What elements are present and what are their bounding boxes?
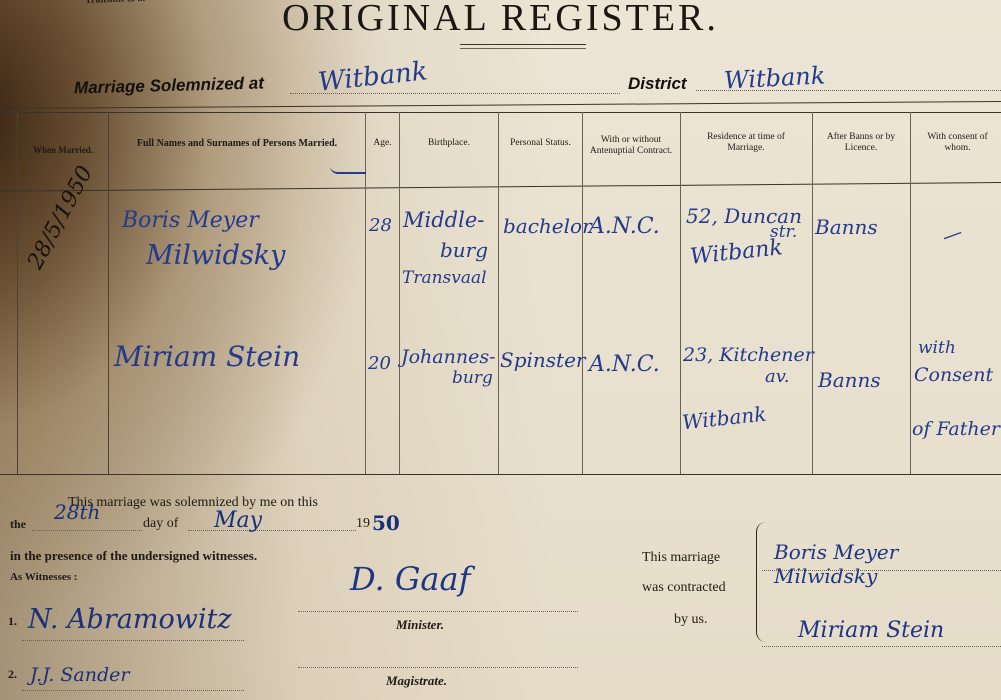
- row2-name-line1: Miriam Stein: [114, 340, 300, 373]
- row2-banns: Banns: [818, 368, 881, 392]
- row1-birthplace-line2: burg: [440, 238, 488, 262]
- header-when-married: When Married.: [18, 130, 108, 170]
- row1-birthplace-line1: Middle-: [403, 208, 484, 232]
- row1-age: 28: [369, 215, 392, 236]
- magistrate-label: Magistrate.: [386, 673, 447, 689]
- title-underline-second: [460, 48, 586, 49]
- col-line-6: [680, 112, 681, 474]
- year-suffix: 50: [372, 511, 400, 535]
- district-value: Witbank: [723, 61, 826, 94]
- header-banns-licence: After Banns or by Licence.: [818, 126, 904, 160]
- witness-2-signature: J.J. Sander: [30, 664, 129, 686]
- magistrate-dotline: [298, 667, 578, 668]
- col-line-3: [399, 112, 400, 474]
- witness-1-signature: N. Abramowitz: [28, 604, 232, 635]
- row2-residence-line2: av.: [765, 366, 790, 387]
- contracted-line1: This marriage: [642, 550, 720, 566]
- row2-contract: A.N.C.: [589, 352, 660, 377]
- row1-name-line1: Boris Meyer: [122, 208, 259, 233]
- col-line-1: [108, 112, 109, 474]
- the-label: the: [10, 517, 26, 532]
- minister-label: Minister.: [396, 617, 444, 633]
- district-label: District: [628, 74, 687, 94]
- witness-1-dotline: [22, 640, 244, 641]
- header-birthplace: Birthplace.: [400, 128, 498, 158]
- minister-dotline: [298, 611, 578, 612]
- row1-status: bachelor: [503, 214, 592, 238]
- contracted-line3: by us.: [674, 612, 707, 628]
- pen-mark: [330, 166, 366, 174]
- row2-birthplace-line1: Johannes-: [401, 346, 496, 368]
- witness-2-dotline: [22, 690, 244, 691]
- year-prefix: 19: [356, 516, 370, 532]
- presence-text: in the presence of the undersigned witne…: [10, 548, 257, 564]
- col-line-8: [910, 112, 911, 474]
- solemnized-sentence: This marriage was solemnized by me on th…: [68, 495, 318, 511]
- row2-birthplace-line2: burg: [452, 368, 493, 388]
- header-residence: Residence at time of Marriage.: [692, 126, 800, 160]
- groom-signature: Boris Meyer Milwidsky: [774, 540, 1001, 588]
- header-age: Age.: [366, 128, 399, 158]
- row1-name-line2: Milwidsky: [146, 240, 285, 271]
- row1-birthplace-line3: Transvaal: [402, 268, 487, 288]
- witnesses-label: As Witnesses :: [10, 571, 77, 583]
- row2-consent-line2: Consent: [914, 364, 993, 386]
- row1-contract: A.N.C.: [589, 214, 660, 239]
- day-value: 28th: [54, 500, 100, 524]
- header-consent: With consent of whom.: [914, 126, 1001, 160]
- row2-consent-line3: of Father: [912, 418, 1000, 440]
- brace: [756, 522, 767, 642]
- header-full-names: Full Names and Surnames of Persons Marri…: [109, 128, 365, 158]
- table-bottom-border: [0, 474, 1001, 475]
- day-dotline: [32, 530, 142, 531]
- contracted-line2: was contracted: [642, 580, 726, 596]
- row2-status: Spinster: [500, 348, 585, 372]
- header-personal-status: Personal Status.: [499, 128, 582, 158]
- minister-signature: D. Gaaf: [350, 560, 470, 598]
- bride-signature: Miriam Stein: [798, 618, 944, 643]
- row2-consent-line1: with: [918, 338, 956, 358]
- witness-1-number: 1.: [8, 614, 17, 629]
- row2-age: 20: [368, 353, 391, 374]
- col-line-4: [498, 112, 499, 474]
- month-value: May: [214, 508, 262, 533]
- title-underline: [460, 44, 586, 45]
- header-antenuptial-contract: With or without Antenuptial Contract.: [588, 126, 674, 166]
- row1-banns: Banns: [815, 215, 878, 239]
- witness-2-number: 2.: [8, 667, 17, 682]
- col-line-7: [812, 112, 813, 474]
- col-line-5: [582, 112, 583, 474]
- page-title: ORIGINAL REGISTER.: [0, 0, 1001, 40]
- row2-residence-line1: 23, Kitchener: [683, 344, 814, 366]
- day-of-label: day of: [143, 516, 178, 532]
- table-top-border-inner: [0, 112, 1001, 113]
- bride-dotline: [762, 646, 1001, 647]
